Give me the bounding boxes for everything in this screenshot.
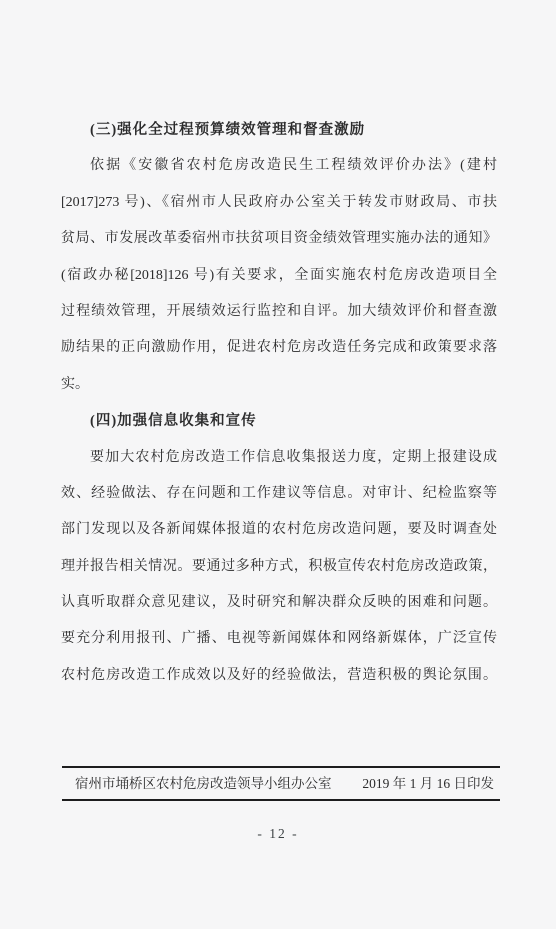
paragraph1-line5: 过程绩效管理，开展绩效运行监控和自评。加大绩效评价和督查激 (61, 294, 497, 330)
footer-issuer: 宿州市埇桥区农村危房改造领导小组办公室 (75, 769, 332, 799)
paragraph1-line6: 励结果的正向激励作用，促进农村危房改造任务完成和政策要求落 (61, 330, 497, 366)
section-heading-4: (四)加强信息收集和宣传 (61, 403, 497, 439)
paragraph2-line2: 效、经验做法、存在问题和工作建议等信息。对审计、纪检监察等 (61, 476, 497, 512)
paragraph2-line5: 认真听取群众意见建议，及时研究和解决群众反映的困难和问题。 (61, 585, 497, 621)
paragraph1-line1: 依据《安徽省农村危房改造民生工程绩效评价办法》(建村 (61, 148, 497, 184)
paragraph2-line4: 理并报告相关情况。要通过多种方式，积极宣传农村危房改造政策， (61, 549, 497, 585)
document-page: (三)强化全过程预算绩效管理和督查激励 依据《安徽省农村危房改造民生工程绩效评价… (0, 0, 556, 929)
document-body: (三)强化全过程预算绩效管理和督查激励 依据《安徽省农村危房改造民生工程绩效评价… (61, 112, 497, 694)
paragraph1-line2: [2017]273 号)、《宿州市人民政府办公室关于转发市财政局、市扶 (61, 185, 497, 221)
document-footer: 宿州市埇桥区农村危房改造领导小组办公室 2019 年 1 月 16 日印发 (62, 769, 500, 799)
footer-bottom-rule (62, 799, 500, 801)
page-number: - 12 - (0, 826, 556, 842)
footer-top-rule (62, 766, 500, 768)
footer-print-date: 2019 年 1 月 16 日印发 (362, 769, 494, 799)
paragraph2-line1: 要加大农村危房改造工作信息收集报送力度，定期上报建设成 (61, 440, 497, 476)
paragraph2-line7: 农村危房改造工作成效以及好的经验做法，营造积极的舆论氛围。 (61, 658, 497, 694)
paragraph2-line3: 部门发现以及各新闻媒体报道的农村危房改造问题，要及时调查处 (61, 512, 497, 548)
paragraph1-line3: 贫局、市发展改革委宿州市扶贫项目资金绩效管理实施办法的通知》 (61, 221, 497, 257)
paragraph2-line6: 要充分利用报刊、广播、电视等新闻媒体和网络新媒体，广泛宣传 (61, 621, 497, 657)
section-heading-3: (三)强化全过程预算绩效管理和督查激励 (61, 112, 497, 148)
paragraph1-line4: (宿政办秘[2018]126 号)有关要求，全面实施农村危房改造项目全 (61, 258, 497, 294)
paragraph1-line7: 实。 (61, 367, 497, 403)
